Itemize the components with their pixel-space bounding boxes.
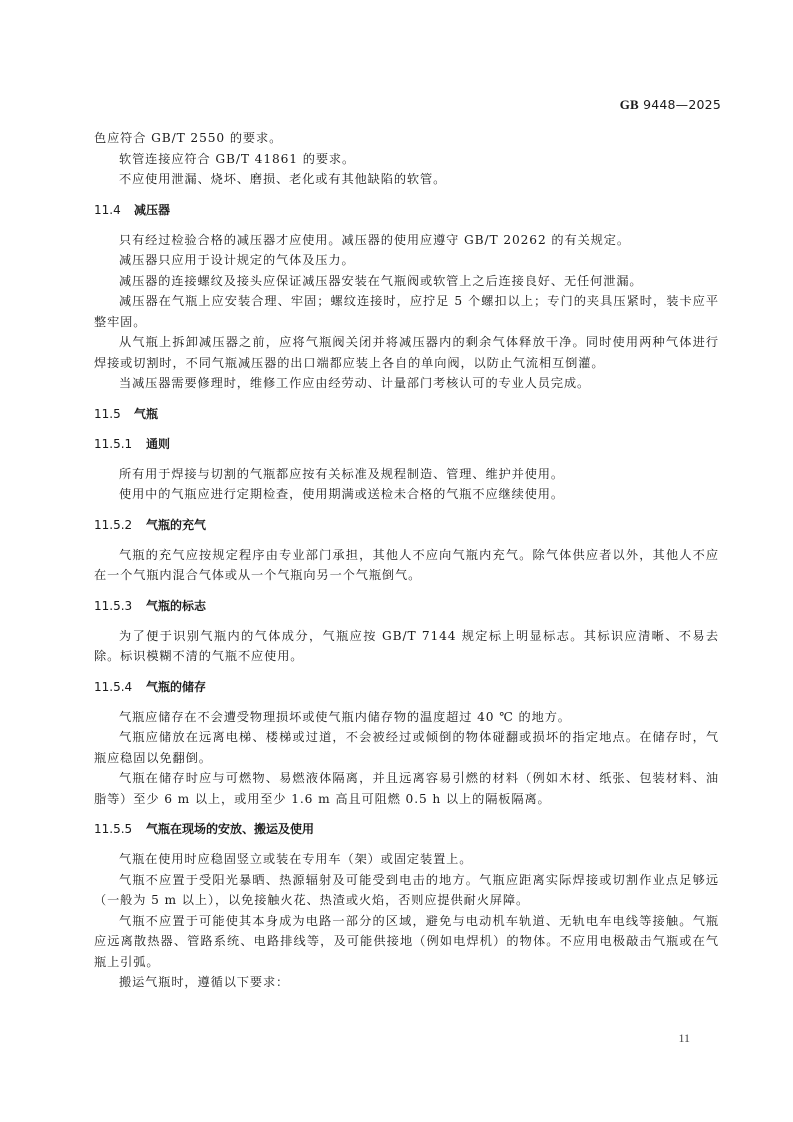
section-heading-11-5: 11.5气瓶 [94,404,719,424]
paragraph: 气瓶在储存时应与可燃物、易燃液体隔离，并且远离容易引燃的材料（例如木材、纸张、包… [94,768,719,809]
paragraph: 减压器在气瓶上应安装合理、牢固；螺纹连接时，应拧足 5 个螺扣以上；专门的夹具压… [94,291,719,332]
section-title: 气瓶的储存 [146,680,206,694]
paragraph: 气瓶不应置于可能使其本身成为电路一部分的区域，避免与电动机车轨道、无轨电车电线等… [94,911,719,973]
paragraph: 搬运气瓶时，遵循以下要求： [94,972,719,993]
paragraph: 气瓶应储存在不会遭受物理损坏或使气瓶内储存物的温度超过 40 ℃ 的地方。 [94,707,719,728]
paragraph: 气瓶不应置于受阳光暴晒、热源辐射及可能受到电击的地方。气瓶应距离实际焊接或切割作… [94,870,719,911]
section-title: 气瓶 [134,407,158,421]
paragraph: 气瓶的充气应按规定程序由专业部门承担，其他人不应向气瓶内充气。除气体供应者以外，… [94,545,719,586]
section-heading-11-5-1: 11.5.1通则 [94,434,719,454]
paragraph: 使用中的气瓶应进行定期检查，使用期满或送检未合格的气瓶不应继续使用。 [94,484,719,505]
section-number: 11.4 [94,200,134,220]
section-heading-11-5-4: 11.5.4气瓶的储存 [94,677,719,697]
paragraph: 所有用于焊接与切割的气瓶都应按有关标准及规程制造、管理、维护并使用。 [94,464,719,485]
section-number: 11.5.4 [94,677,146,697]
paragraph: 气瓶在使用时应稳固竖立或装在专用车（架）或固定装置上。 [94,849,719,870]
paragraph: 软管连接应符合 GB/T 41861 的要求。 [94,149,719,170]
standard-prefix: GB [620,97,639,112]
paragraph: 减压器的连接螺纹及接头应保证减压器安装在气瓶阀或软管上之后连接良好、无任何泄漏。 [94,271,719,292]
section-heading-11-5-2: 11.5.2气瓶的充气 [94,515,719,535]
paragraph: 只有经过检验合格的减压器才应使用。减压器的使用应遵守 GB/T 20262 的有… [94,230,719,251]
section-title: 通则 [146,437,170,451]
standard-code-header: GB 9448—2025 [620,97,721,113]
paragraph: 为了便于识别气瓶内的气体成分，气瓶应按 GB/T 7144 规定标上明显标志。其… [94,626,719,667]
section-number: 11.5.2 [94,515,146,535]
section-number: 11.5.3 [94,596,146,616]
section-title: 气瓶在现场的安放、搬运及使用 [146,822,314,836]
paragraph: 气瓶应储放在远离电梯、楼梯或过道，不会被经过或倾倒的物体碰翻或损坏的指定地点。在… [94,727,719,768]
paragraph: 不应使用泄漏、烧坏、磨损、老化或有其他缺陷的软管。 [94,169,719,190]
paragraph: 减压器只应用于设计规定的气体及压力。 [94,250,719,271]
section-number: 11.5.1 [94,434,146,454]
section-title: 气瓶的标志 [146,599,206,613]
section-title: 减压器 [134,203,170,217]
section-heading-11-5-3: 11.5.3气瓶的标志 [94,596,719,616]
section-number: 11.5 [94,404,134,424]
paragraph: 当减压器需要修理时，维修工作应由经劳动、计量部门考核认可的专业人员完成。 [94,373,719,394]
section-heading-11-4: 11.4减压器 [94,200,719,220]
section-number: 11.5.5 [94,819,146,839]
section-title: 气瓶的充气 [146,518,206,532]
standard-number: 9448—2025 [643,97,721,112]
document-body: 色应符合 GB/T 2550 的要求。 软管连接应符合 GB/T 41861 的… [94,128,719,993]
paragraph: 从气瓶上拆卸减压器之前，应将气瓶阀关闭并将减压器内的剩余气体释放干净。同时使用两… [94,332,719,373]
page-number: 11 [678,1031,690,1046]
section-heading-11-5-5: 11.5.5气瓶在现场的安放、搬运及使用 [94,819,719,839]
paragraph: 色应符合 GB/T 2550 的要求。 [94,128,719,149]
